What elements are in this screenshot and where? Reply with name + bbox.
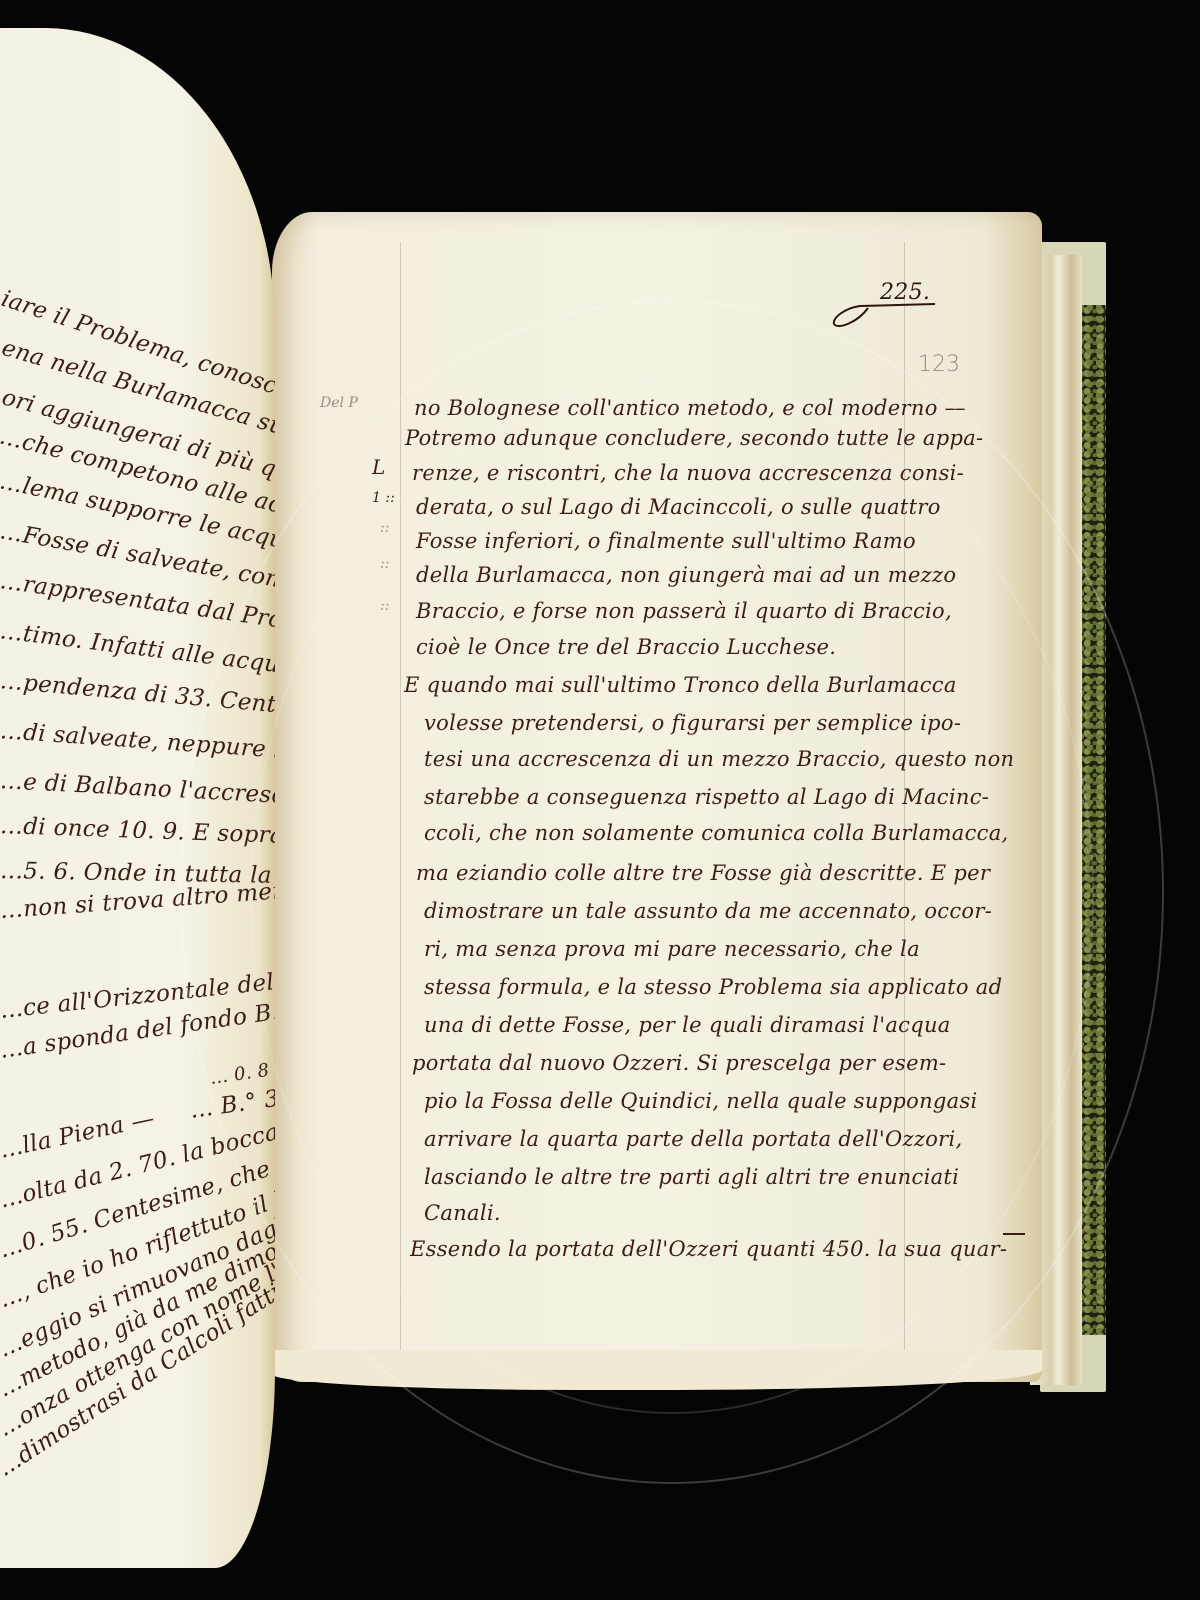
manuscript-photo: Del P L 1 :: :: :: :: no Bolognese coll'… — [0, 0, 1200, 1600]
line-end-dash — [1003, 1233, 1025, 1235]
text-line: …di salveate, neppure la Sorgen — [0, 718, 275, 771]
text-line: … 0. 8 — [209, 1060, 271, 1089]
margin-note: :: — [380, 520, 389, 536]
text-line: ri, ma senza prova mi pare necessario, c… — [424, 936, 920, 962]
text-line: pio la Fossa delle Quindici, nella quale… — [424, 1088, 978, 1114]
left-page-text: …iare il Problema, conoscendo prima la …… — [0, 28, 275, 1568]
text-line: ccoli, che non solamente comunica colla … — [424, 820, 1009, 846]
folio-underline-flourish — [830, 300, 935, 330]
margin-note: :: — [380, 556, 389, 572]
text-line: …di once 10. 9. E sopra il Ponte — [0, 813, 275, 852]
text-line: Canali. — [424, 1200, 501, 1226]
left-page: …iare il Problema, conoscendo prima la …… — [0, 28, 275, 1568]
text-line: …e di Balbano l'accrescenza — [0, 768, 275, 812]
margin-note: Del P — [320, 395, 358, 411]
text-line: tesi una accrescenza di un mezzo Braccio… — [424, 746, 1014, 772]
text-line: arrivare la quarta parte della portata d… — [424, 1126, 962, 1152]
text-line: Potremo adunque concludere, secondo tutt… — [405, 425, 983, 451]
text-line: della Burlamacca, non giungerà mai ad un… — [416, 562, 956, 588]
text-line: ma eziandio colle altre tre Fosse già de… — [416, 860, 990, 886]
margin-note: L — [372, 455, 385, 479]
text-line: volesse pretendersi, o figurarsi per sem… — [424, 710, 961, 736]
text-line: stessa formula, e la stesso Problema sia… — [424, 974, 1002, 1000]
text-line: no Bolognese coll'antico metodo, e col m… — [414, 395, 966, 421]
pencil-folio-number: 123 — [918, 352, 960, 377]
text-line: Essendo la portata dell'Ozzeri quanti 45… — [410, 1236, 1007, 1262]
text-line: starebbe a conseguenza rispetto al Lago … — [424, 784, 989, 810]
text-line: … B.° 3. 1 — [188, 1081, 275, 1123]
text-line: dimostrare un tale assunto da me accenna… — [424, 898, 992, 924]
text-line: cioè le Once tre del Braccio Lucchese. — [416, 634, 836, 660]
text-line: una di dette Fosse, per le quali diramas… — [424, 1012, 951, 1038]
margin-note: 1 :: — [372, 490, 395, 506]
text-line: renze, e riscontri, che la nuova accresc… — [412, 460, 964, 486]
text-line: Braccio, e forse non passerà il quarto d… — [416, 598, 952, 624]
text-line: Fosse inferiori, o finalmente sull'ultim… — [416, 528, 916, 554]
margin-note: :: — [380, 598, 389, 614]
text-line: …pendenza di 33. Centesimi per — [0, 668, 275, 728]
text-line: derata, o sul Lago di Macinccoli, o sull… — [416, 494, 941, 520]
text-line: lasciando le altre tre parti agli altri … — [424, 1164, 959, 1190]
text-line: E quando mai sull'ultimo Tronco della Bu… — [404, 672, 957, 698]
text-line: portata dal nuovo Ozzeri. Si prescelga p… — [412, 1050, 946, 1076]
